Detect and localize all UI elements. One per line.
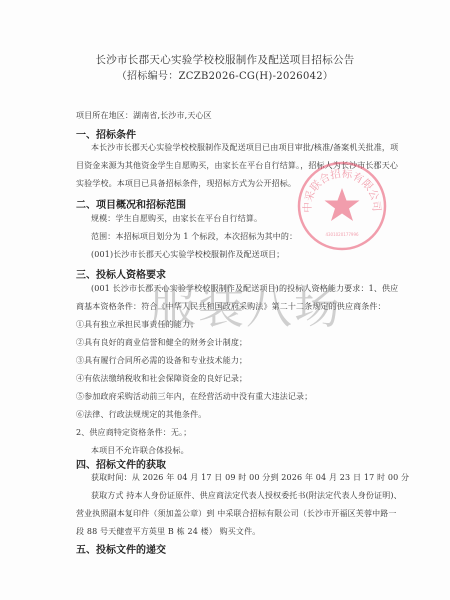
list-item: ③具有履行合同所必需的设备和专业技术能力； <box>76 356 247 366</box>
svg-text:4301020177996: 4301020177996 <box>325 232 359 237</box>
seal-star-icon: 中采联合招标有限公司 4301020177996 <box>296 160 388 252</box>
list-item: ⑥法律、行政法规规定的其他条件。 <box>76 410 206 420</box>
document-page: 长沙市长郡天心实验学校校服制作及配送项目招标公告 （招标编号：ZCZB2026-… <box>0 0 450 600</box>
section-heading-2: 二、项目概况和招标范围 <box>76 196 186 211</box>
company-seal: 中采联合招标有限公司 4301020177996 <box>296 160 388 252</box>
paragraph-line: 实验学校。本项目已具备招标条件，现招标方式为公开招标。 <box>76 179 296 189</box>
paragraph-line: 获取时间：从 2026 年 04 月 17 日 09 时 00 分到 2026 … <box>91 473 409 483</box>
list-item: ②具有良好的商业信誉和健全的财务会计制度； <box>76 338 247 348</box>
list-item: ④有依法缴纳税收和社会保障资金的良好记录； <box>76 374 247 384</box>
section-heading-4: 四、招标文件的获取 <box>76 456 166 471</box>
paragraph-line: 2、供应商特定资格条件：无。； <box>76 428 191 438</box>
paragraph-line: 本长沙市长郡天心实验学校校服制作及配送项目已由项目审批/核准/备案机关批准，项 <box>91 143 398 153</box>
tender-number: （招标编号：ZCZB2026-CG(H)-2026042） <box>0 67 450 82</box>
section-heading-1: 一、招标条件 <box>76 126 136 141</box>
project-location: 项目所在地区：湖南省,长沙市,天心区 <box>76 111 212 121</box>
paragraph-line: 获取方式 持本人身份证原件、供应商法定代表人授权委托书(附法定代表人身份证明)、 <box>91 491 402 501</box>
list-item: ⑤参加政府采购活动前三年内，在经营活动中没有重大违法记录； <box>76 392 312 402</box>
paragraph-line: 规模：学生自愿购买，由家长在平台自行结算。 <box>91 214 262 224</box>
paragraph-line: 营业执照副本复印件（须加盖公章）到 中采联合招标有限公司（长沙市开福区芙蓉中路一 <box>76 509 397 519</box>
paragraph-line: 本项目不允许联合体投标。 <box>91 446 189 456</box>
paragraph-line: 范围：本招标项目划分为 1 个标段，本次招标为其中的： <box>91 232 297 242</box>
paragraph-line: 段 88 号天健壹平方英里 B 栋 24 楼） 购买文件。 <box>76 527 260 537</box>
section-heading-5: 五、投标文件的递交 <box>76 541 166 556</box>
paragraph-line: (001)长沙市长郡天心实验学校校服制作及配送项目； <box>91 250 284 260</box>
watermark-text: 服装八场 <box>150 271 342 337</box>
document-title: 长沙市长郡天心实验学校校服制作及配送项目招标公告 <box>0 52 450 67</box>
